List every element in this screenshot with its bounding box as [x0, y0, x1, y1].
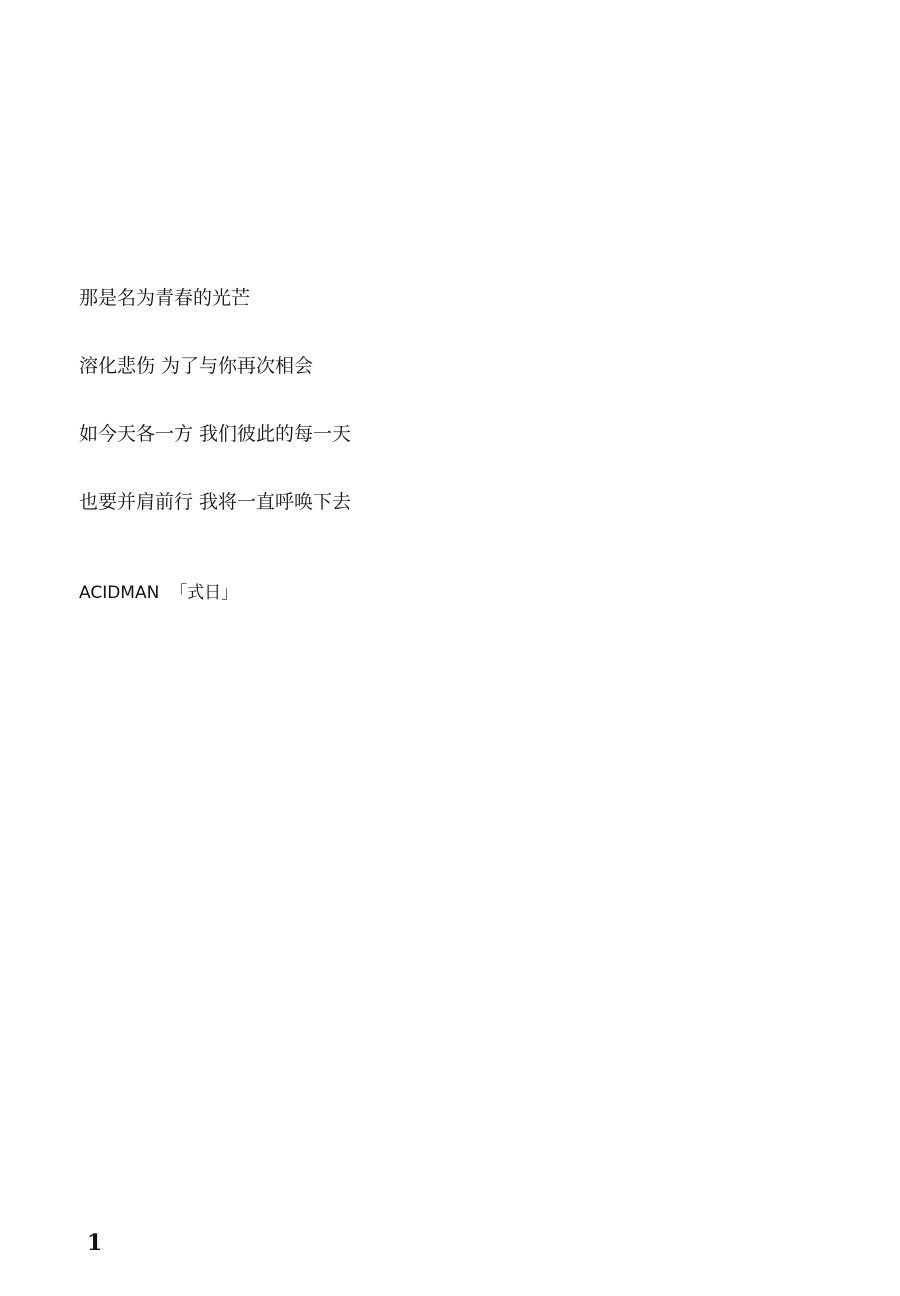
lyric-line: 如今天各一方 我们彼此的每一天 [79, 422, 351, 446]
song-title: 「式日」 [170, 583, 238, 603]
lyric-line: 溶化悲伤 为了与你再次相会 [79, 354, 313, 378]
lyric-line: 那是名为青春的光芒 [79, 286, 250, 310]
lyric-line: 也要并肩前行 我将一直呼唤下去 [79, 490, 351, 514]
song-credit: ACIDMAN 「式日」 [79, 581, 238, 605]
page-number: 1 [87, 1230, 102, 1256]
artist-name: ACIDMAN [79, 583, 159, 603]
